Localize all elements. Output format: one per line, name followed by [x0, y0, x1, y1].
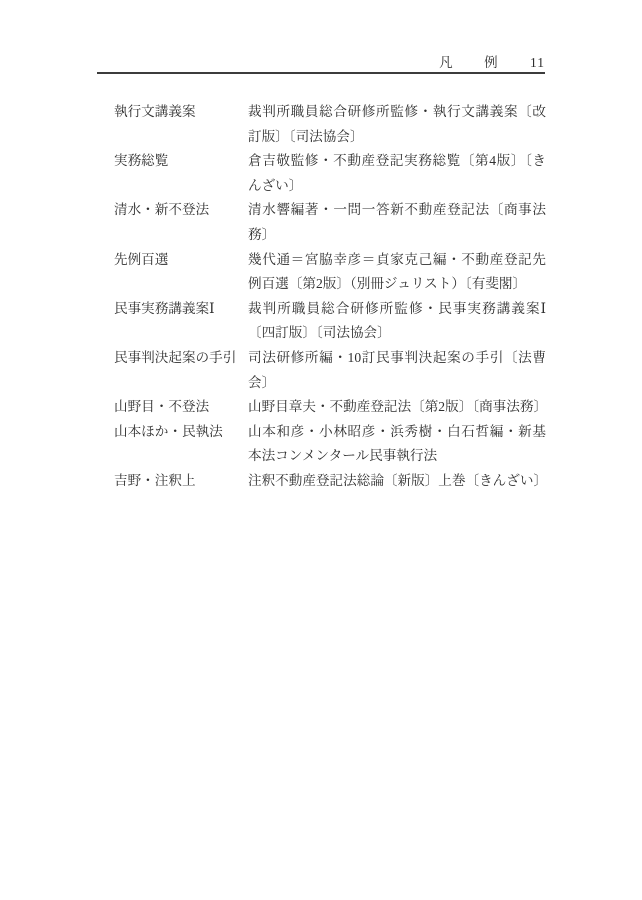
book-page: 凡 例 11 執行文講義案 裁判所職員総合研修所監修・執行文講義案〔改訂版〕〔司…: [0, 0, 642, 900]
list-item: 清水・新不登法 清水響編著・一問一答新不動産登記法〔商事法務〕: [114, 198, 548, 247]
abbreviation-term: 先例百選: [114, 248, 248, 273]
abbreviation-term: 執行文講義案: [114, 100, 248, 125]
abbreviation-definition: 倉吉敬監修・不動産登記実務総覧〔第4版〕〔きんざい〕: [248, 149, 546, 198]
abbreviation-term: 吉野・注釈上: [114, 469, 248, 494]
abbreviation-term: 民事実務講義案Ⅰ: [114, 297, 248, 322]
abbreviation-term: 山野目・不登法: [114, 395, 248, 420]
abbreviation-term: 民事判決起案の手引: [114, 346, 248, 371]
list-item: 執行文講義案 裁判所職員総合研修所監修・執行文講義案〔改訂版〕〔司法協会〕: [114, 100, 548, 149]
list-item: 民事実務講義案Ⅰ 裁判所職員総合研修所監修・民事実務講義案Ⅰ〔四訂版〕〔司法協会…: [114, 297, 548, 346]
abbreviation-term: 山本ほか・民執法: [114, 420, 248, 445]
abbreviation-definition: 裁判所職員総合研修所監修・執行文講義案〔改訂版〕〔司法協会〕: [248, 100, 546, 149]
abbreviation-list: 執行文講義案 裁判所職員総合研修所監修・執行文講義案〔改訂版〕〔司法協会〕 実務…: [114, 100, 548, 494]
header-rule: [97, 72, 545, 74]
list-item: 先例百選 幾代通＝宮脇幸彦＝貞家克己編・不動産登記先例百選〔第2版〕（別冊ジュリ…: [114, 248, 548, 297]
abbreviation-definition: 幾代通＝宮脇幸彦＝貞家克己編・不動産登記先例百選〔第2版〕（別冊ジュリスト）〔有…: [248, 248, 546, 297]
running-head-title: 凡 例: [439, 55, 507, 70]
abbreviation-term: 清水・新不登法: [114, 198, 248, 223]
abbreviation-definition: 山本和彦・小林昭彦・浜秀樹・白石哲編・新基本法コンメンタール民事執行法: [248, 420, 546, 469]
list-item: 吉野・注釈上 注釈不動産登記法総論〔新版〕上巻〔きんざい〕: [114, 469, 548, 494]
list-item: 民事判決起案の手引 司法研修所編・10訂民事判決起案の手引〔法曹会〕: [114, 346, 548, 395]
list-item: 実務総覧 倉吉敬監修・不動産登記実務総覧〔第4版〕〔きんざい〕: [114, 149, 548, 198]
abbreviation-definition: 裁判所職員総合研修所監修・民事実務講義案Ⅰ〔四訂版〕〔司法協会〕: [248, 297, 546, 346]
running-head: 凡 例 11: [439, 54, 545, 72]
list-item: 山野目・不登法 山野目章夫・不動産登記法〔第2版〕〔商事法務〕: [114, 395, 548, 420]
page-number: 11: [530, 55, 545, 70]
list-item: 山本ほか・民執法 山本和彦・小林昭彦・浜秀樹・白石哲編・新基本法コンメンタール民…: [114, 420, 548, 469]
abbreviation-definition: 山野目章夫・不動産登記法〔第2版〕〔商事法務〕: [248, 395, 546, 420]
abbreviation-term: 実務総覧: [114, 149, 248, 174]
abbreviation-definition: 清水響編著・一問一答新不動産登記法〔商事法務〕: [248, 198, 546, 247]
abbreviation-definition: 注釈不動産登記法総論〔新版〕上巻〔きんざい〕: [248, 469, 546, 494]
abbreviation-definition: 司法研修所編・10訂民事判決起案の手引〔法曹会〕: [248, 346, 546, 395]
